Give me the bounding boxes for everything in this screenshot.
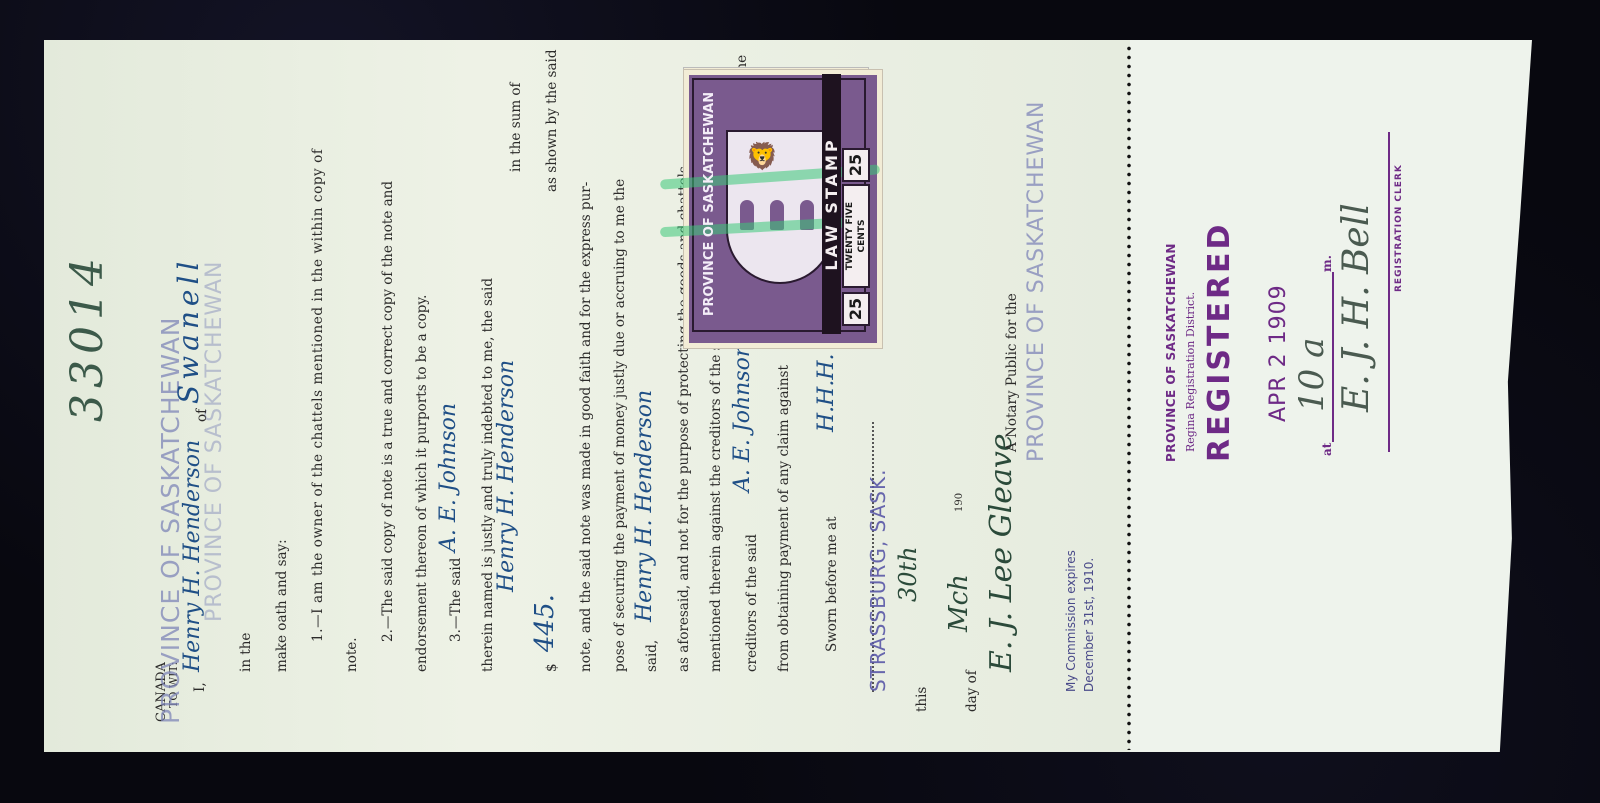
month-value: Mch xyxy=(944,574,974,632)
stamp-province-text: PROVINCE OF SASKATCHEWAN xyxy=(702,74,717,334)
year-prefix: 190 xyxy=(954,493,965,512)
paragraph-4b: pose of securing the payment of money ju… xyxy=(612,179,628,672)
stamp-value-unit: CENTS xyxy=(856,186,868,286)
dollar-sign: $ xyxy=(544,663,560,672)
notary-province-stamp: PROVINCE OF SASKATCHEWAN xyxy=(1024,101,1049,462)
sworn-label: Sworn before me at xyxy=(824,517,840,652)
stub-district: Regina Registration District. xyxy=(1184,292,1197,452)
debtor-name: A. E. Johnson xyxy=(436,403,461,552)
residence: Swanell xyxy=(172,257,205,404)
registration-stub: PROVINCE OF SASKATCHEWAN Regina Registra… xyxy=(1130,40,1532,752)
stamp-value-left: 25 xyxy=(842,292,870,326)
paragraph-4f-label: creditors of the said xyxy=(744,534,760,672)
in-the-label: in the xyxy=(238,633,254,672)
paragraph-1-cont: note. xyxy=(344,637,360,672)
paragraph-4c-label: said, xyxy=(644,640,660,672)
m-label: m. xyxy=(1320,255,1334,272)
paragraph-4a: note, and the said note was made in good… xyxy=(578,182,594,672)
commission-line-1: My Commission expires xyxy=(1064,550,1078,692)
registration-time: 10 a xyxy=(1292,338,1332,412)
as-shown-label: as shown by the said xyxy=(544,50,560,192)
paragraph-2: 2.—The said copy of note is a true and c… xyxy=(380,181,396,642)
affidavit-content: 33014 CANADA TO WIT: PROVINCE OF SASKATC… xyxy=(44,40,1130,752)
time-line xyxy=(1332,272,1334,442)
i-label: I, xyxy=(192,682,208,692)
province-stamp-faded: PROVINCE OF SASKATCHEWAN xyxy=(202,261,227,622)
commission-line-2: December 31st, 1910. xyxy=(1082,558,1096,692)
debtor-name-3: A. E. Johnson xyxy=(730,343,755,492)
deponent-initials: H.H.H. xyxy=(814,353,839,432)
place-stamp: STRASSBURG, SASK. xyxy=(866,469,890,692)
paragraph-3-label: 3.—The said xyxy=(448,558,464,642)
law-stamp-text: PROVINCE OF SASKATCHEWAN LAW STAMP 25 TW… xyxy=(694,74,874,334)
paragraph-1: 1.—I am the owner of the chattels mentio… xyxy=(310,149,326,643)
registered-status: REGISTERED xyxy=(1202,222,1237,462)
amount: 445. xyxy=(530,594,560,652)
creditor-name-2: Henry H. Henderson xyxy=(632,390,657,622)
notary-title: A Notary Public for the xyxy=(1004,293,1020,452)
deponent-name: Henry H. Henderson xyxy=(180,440,205,672)
clerk-title: REGISTRATION CLERK xyxy=(1394,164,1404,292)
day-value: 30th xyxy=(894,546,922,602)
at-label: at xyxy=(1320,443,1334,456)
registration-date: APR 2 1909 xyxy=(1266,284,1291,422)
stamp-value-right: 25 xyxy=(842,148,870,182)
in-sum-of-label: in the sum of xyxy=(508,82,524,172)
stamp-value-words: TWENTY FIVE CENTS xyxy=(842,184,870,288)
paragraph-4e: mentioned therein against the creditors … xyxy=(708,322,724,672)
file-number: 33014 xyxy=(62,252,113,422)
stub-province: PROVINCE OF SASKATCHEWAN xyxy=(1164,243,1178,462)
stamp-value-words-text: TWENTY FIVE xyxy=(844,186,856,286)
this-label: this xyxy=(914,687,930,712)
stamp-banner: LAW STAMP xyxy=(822,74,841,334)
paragraph-4g: from obtaining payment of any claim agai… xyxy=(776,365,792,672)
creditor-name: Henry H. Henderson xyxy=(494,360,519,592)
clerk-signature: E. J. H. Bell xyxy=(1336,203,1377,412)
of-label: of xyxy=(194,409,210,422)
day-of-label: day of xyxy=(964,670,980,712)
clerk-line xyxy=(1388,132,1390,452)
make-oath-label: make oath and say: xyxy=(274,539,290,672)
paragraph-2-cont: endorsement thereon of which it purports… xyxy=(414,295,430,672)
notary-signature: E. J. Lee Gleave xyxy=(984,433,1019,672)
